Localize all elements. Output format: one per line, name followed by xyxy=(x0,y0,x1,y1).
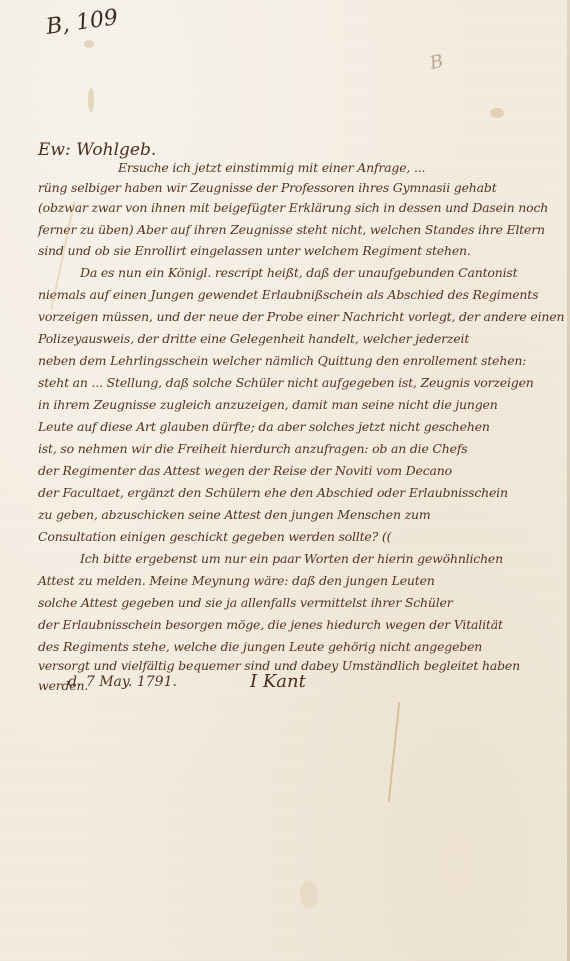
paper-stain xyxy=(490,108,504,118)
letter-line: Polizeyausweis, der dritte eine Gelegenh… xyxy=(38,331,469,346)
salutation: Ew: Wohlgeb. xyxy=(38,140,156,160)
paper-stain xyxy=(300,880,318,908)
letter-line: Consultation einigen geschickt gegeben w… xyxy=(38,529,391,544)
letter-line: der Erlaubnisschein besorgen möge, die j… xyxy=(38,617,503,632)
archive-number: B, 109 xyxy=(45,5,120,40)
letter-date: d. 7 May. 1791. xyxy=(68,674,177,690)
paper-streak xyxy=(388,702,400,802)
manuscript-page: B, 109 B Ew: Wohlgeb. Ersuche ich jetzt … xyxy=(0,0,570,961)
letter-line: neben dem Lehrlingsschein welcher nämlic… xyxy=(38,353,526,368)
letter-line: (obzwar zwar von ihnen mit beigefügter E… xyxy=(38,200,548,215)
letter-line: steht an ... Stellung, daß solche Schüle… xyxy=(38,375,534,390)
paper-stain xyxy=(88,88,94,112)
letter-line: Leute auf diese Art glauben dürfte; da a… xyxy=(38,419,490,434)
signature: I Kant xyxy=(250,671,306,692)
letter-line: Attest zu melden. Meine Meynung wäre: da… xyxy=(38,573,435,588)
letter-line: rüng selbiger haben wir Zeugnisse der Pr… xyxy=(38,180,497,195)
letter-line: in ihrem Zeugnisse zugleich anzuzeigen, … xyxy=(38,397,498,412)
letter-line: vorzeigen müssen, und der neue der Probe… xyxy=(38,309,564,324)
letter-line: solche Attest gegeben und sie ja allenfa… xyxy=(38,595,453,610)
letter-line: der Facultaet, ergänzt den Schülern ehe … xyxy=(38,485,508,500)
letter-line: der Regimenter das Attest wegen der Reis… xyxy=(38,463,452,478)
letter-line: zu geben, abzuschicken seine Attest den … xyxy=(38,507,431,522)
letter-line: Ich bitte ergebenst um nur ein paar Wort… xyxy=(80,551,503,566)
faint-stamp-mark: B xyxy=(428,51,445,74)
letter-line: niemals auf einen Jungen gewendet Erlaub… xyxy=(38,287,538,302)
letter-line: sind und ob sie Enrollirt eingelassen un… xyxy=(38,243,471,258)
letter-line: Da es nun ein Königl. rescript heißt, da… xyxy=(80,265,517,280)
paper-stain xyxy=(84,40,94,48)
letter-line: des Regiments stehe, welche die jungen L… xyxy=(38,639,482,654)
letter-line: Ersuche ich jetzt einstimmig mit einer A… xyxy=(118,160,425,175)
letter-line: ist, so nehmen wir die Freiheit hierdurc… xyxy=(38,441,467,456)
letter-line: ferner zu üben) Aber auf ihren Zeugnisse… xyxy=(38,222,545,237)
